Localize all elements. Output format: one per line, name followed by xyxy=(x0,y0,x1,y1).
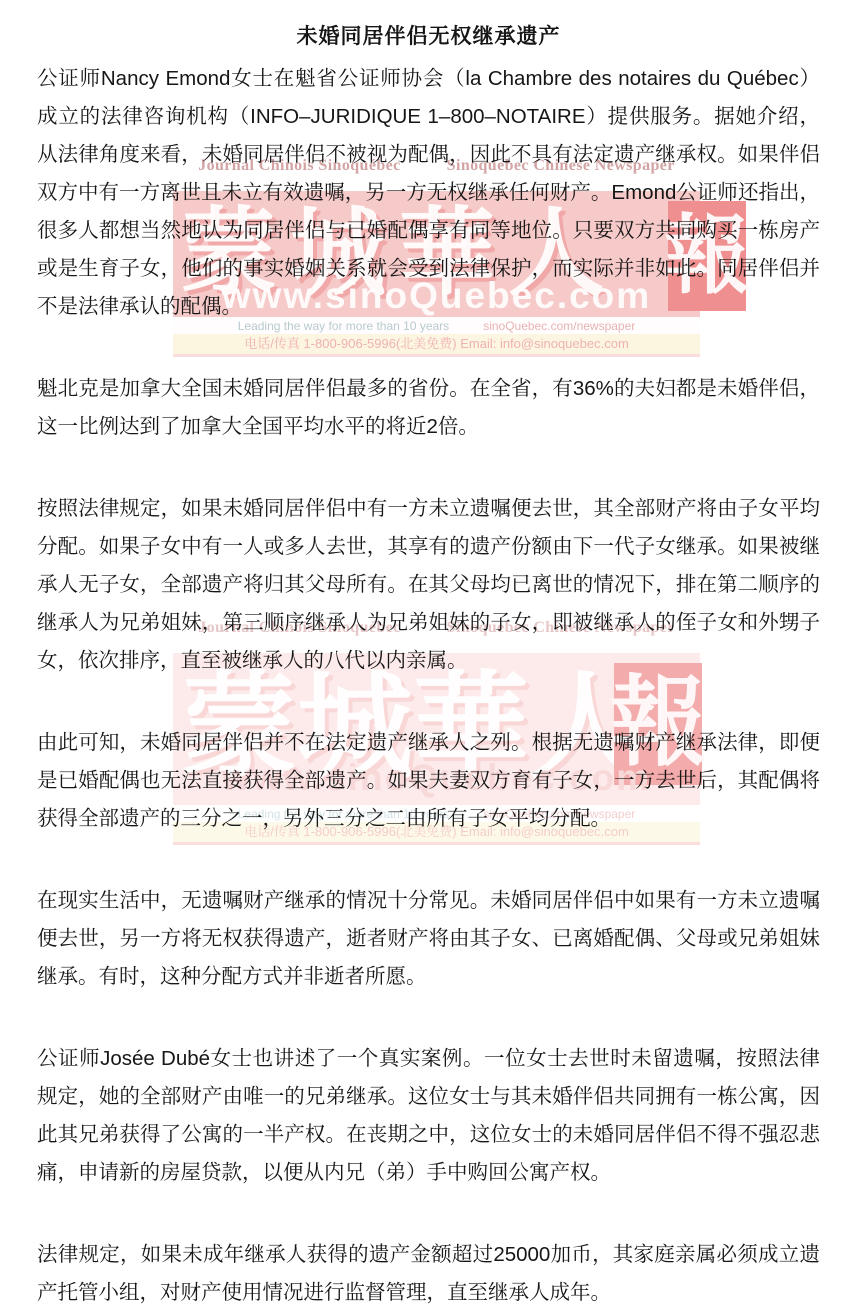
article-body: 未婚同居伴侣无权继承遗产 公证师Nancy Emond女士在魁省公证师协会（la… xyxy=(0,0,857,1314)
article-paragraph: 按照法律规定，如果未婚同居伴侣中有一方未立遗嘱便去世，其全部财产将由子女平均分配… xyxy=(37,490,820,680)
article-paragraph: 法律规定，如果未成年继承人获得的遗产金额超过25000加币，其家庭亲属必须成立遗… xyxy=(37,1236,820,1312)
article-paragraph: 魁北克是加拿大全国未婚同居伴侣最多的省份。在全省，有36%的夫妇都是未婚伴侣，这… xyxy=(37,370,820,446)
page-root: { "article": { "title": "未婚同居伴侣无权继承遗产", … xyxy=(0,0,857,1314)
article-paragraph: 公证师Josée Dubé女士也讲述了一个真实案例。一位女士去世时未留遗嘱，按照… xyxy=(37,1040,820,1192)
article-paragraph: 由此可知，未婚同居伴侣并不在法定遗产继承人之列。根据无遗嘱财产继承法律，即便是已… xyxy=(37,724,820,838)
article-paragraph: 在现实生活中，无遗嘱财产继承的情况十分常见。未婚同居伴侣中如果有一方未立遗嘱便去… xyxy=(37,882,820,996)
article-paragraph: 公证师Nancy Emond女士在魁省公证师协会（la Chambre des … xyxy=(37,60,820,326)
article-title: 未婚同居伴侣无权继承遗产 xyxy=(37,20,820,50)
